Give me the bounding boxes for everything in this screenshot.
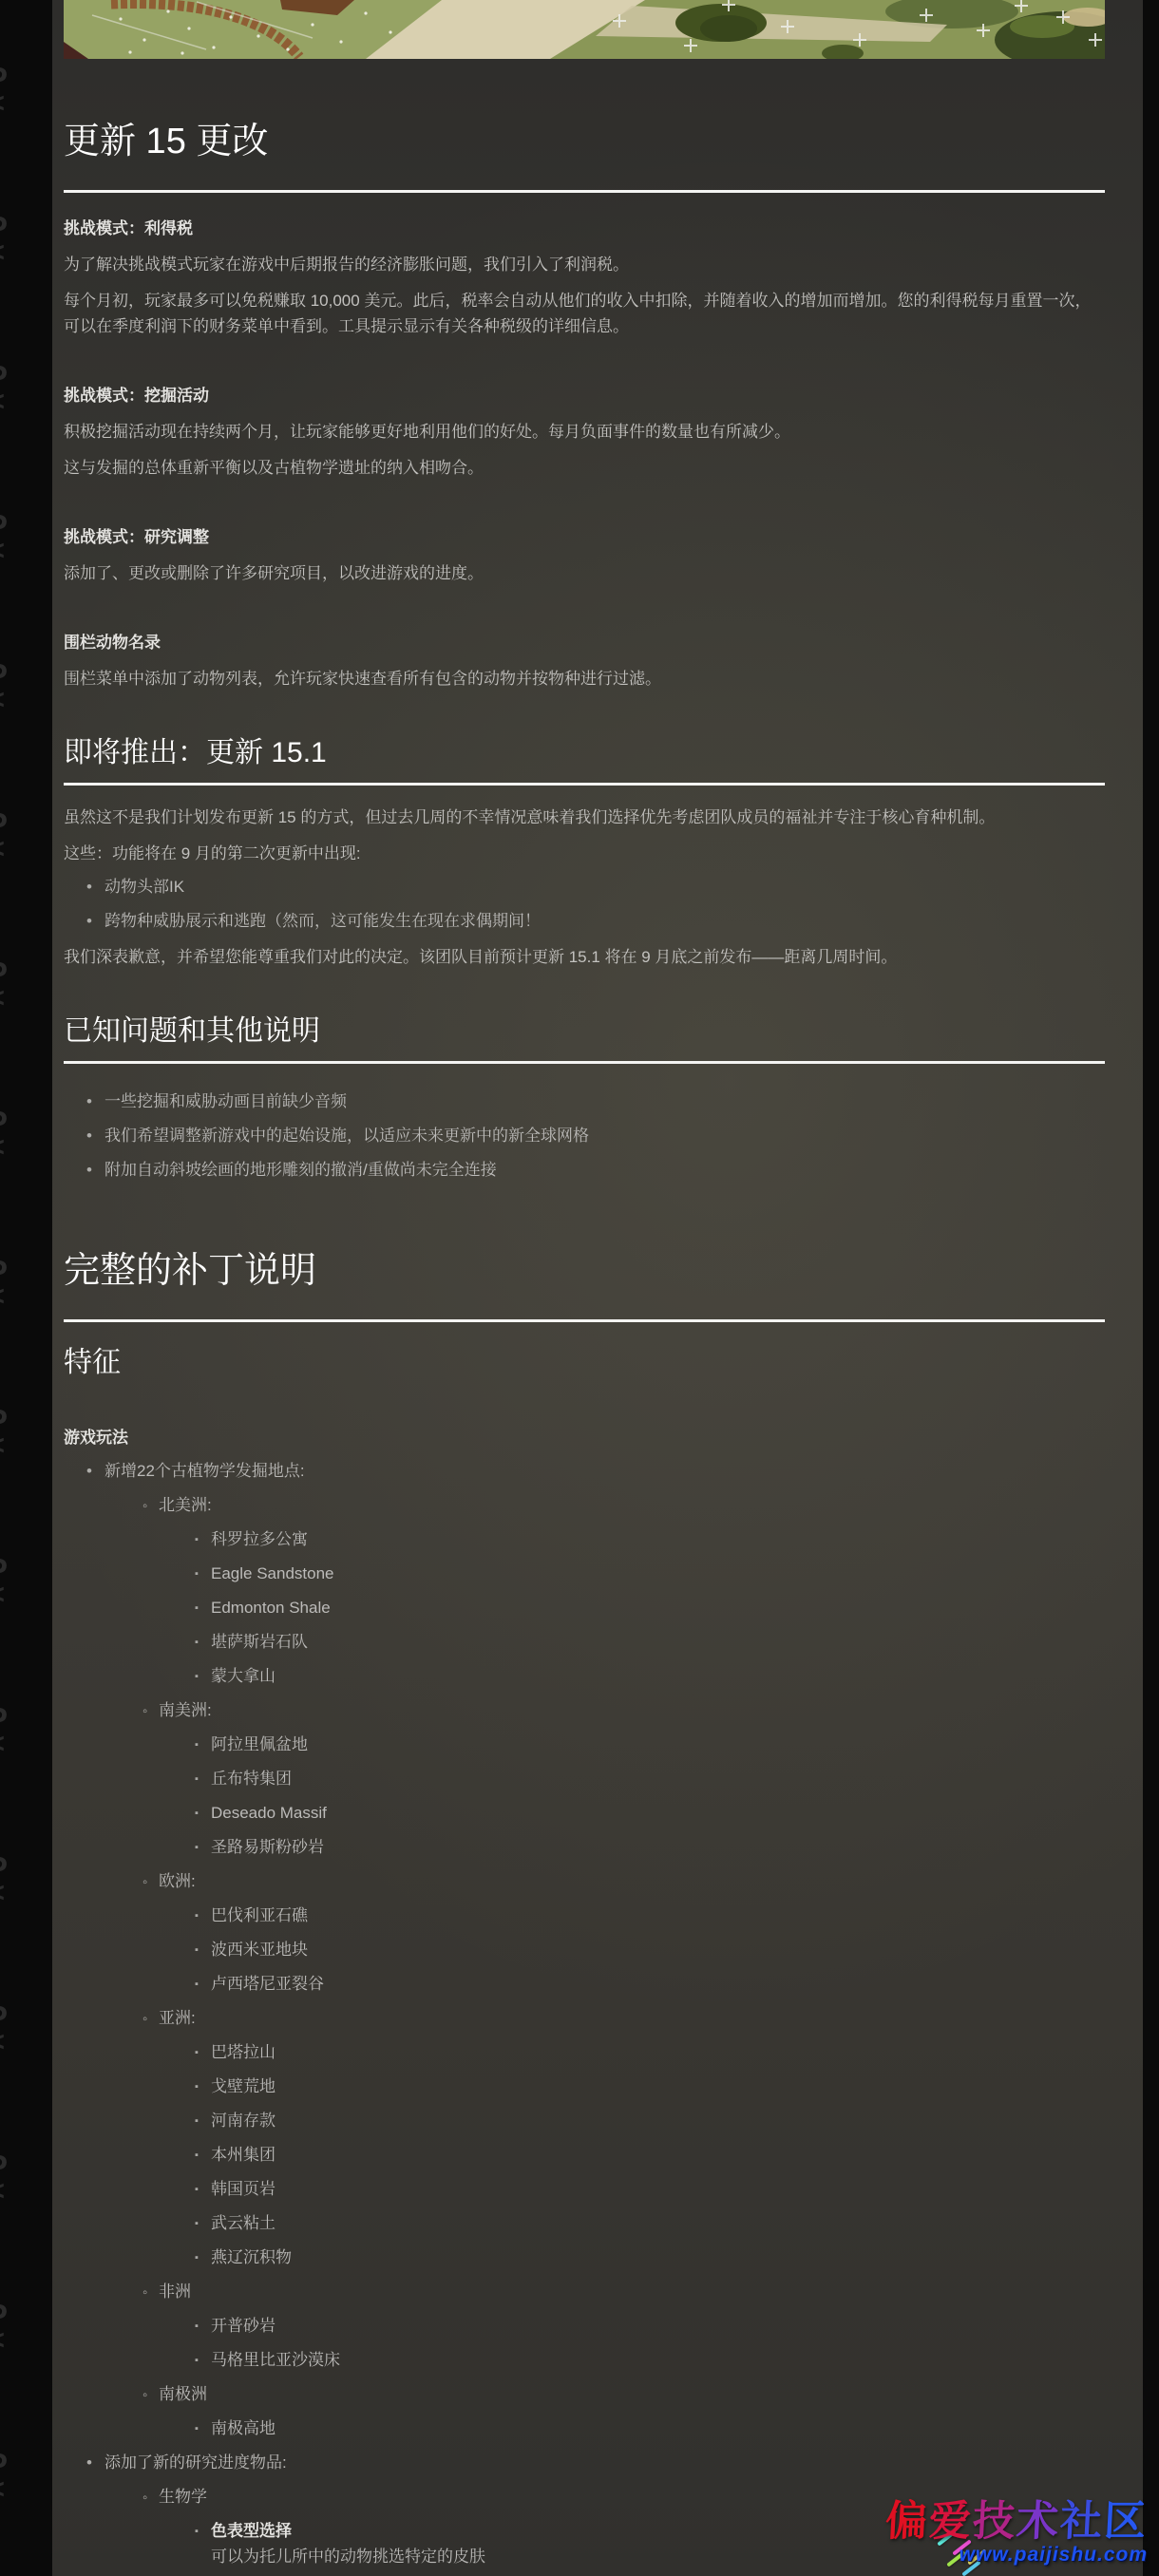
bullet-list: 巴塔拉山戈壁荒地河南存款本州集团韩国页岩武云粘土燕辽沉积物 [159,2039,1105,2270]
pk-logo-bottom-glyph: < [0,985,28,1013]
list-item-label: 新增22个古植物学发掘地点: [104,1462,305,1480]
list-item: 波西米亚地块 [211,1937,1105,1962]
list-item: 南极高地 [211,2415,1105,2441]
pk-logo-bottom-glyph: < [0,538,28,565]
list-item: 卢西塔尼亚裂谷 [211,1971,1105,1997]
divider [64,1319,1105,1322]
banner-image [64,0,1105,59]
list-item: 武云粘土 [211,2210,1105,2236]
paragraph: 虽然这不是我们计划发布更新 15 的方式，但过去几周的不幸情况意味着我们选择优先… [64,805,1105,830]
bullet-list: 一些挖掘和威胁动画目前缺少音频我们希望调整新游戏中的起始设施，以适应未来更新中的… [64,1089,1105,1183]
pk-logo-bottom-glyph: < [0,2476,28,2504]
pk-logo-bottom-glyph: < [0,836,28,863]
list-item: 巴塔拉山 [211,2039,1105,2065]
pk-logo-icon: P< [0,361,28,416]
list-item-bold-title: 色表型选择 [211,2522,292,2540]
list-item-note: 可以为托儿所中的动物挑选特定的皮肤 [211,2548,485,2566]
paragraph: 为了解决挑战模式玩家在游戏中后期报告的经济膨胀问题，我们引入了利润税。 [64,252,1105,277]
divider [64,190,1105,193]
list-item-label: 科罗拉多公寓 [211,1530,308,1548]
background-logo-strip: P<P<P<P<P<P<P<P<P<P<P<P<P<P<P<P<P< [0,0,52,2576]
list-item: 动物头部IK [104,874,1105,900]
pk-logo-icon: P< [0,2449,28,2504]
list-item-label: 开普砂岩 [211,2317,275,2335]
list-item-label: 添加了新的研究进度物品: [104,2453,287,2472]
list-item: 丘布特集团 [211,1766,1105,1791]
list-item: 亚洲:巴塔拉山戈壁荒地河南存款本州集团韩国页岩武云粘土燕辽沉积物 [159,2005,1105,2270]
list-item: 跨物种威胁展示和逃跑（然而，这可能发生在现在求偶期间！ [104,908,1105,934]
list-item-label: 非洲 [159,2282,191,2301]
list-item-label: 马格里比亚沙漠床 [211,2351,340,2369]
list-item: Deseado Massif [211,1800,1105,1826]
sub-section-title: 已知问题和其他说明 [64,1013,1105,1050]
pk-logo-icon: P< [0,63,28,118]
pk-logo-icon: P< [0,1703,28,1758]
list-item: 附加自动斜坡绘画的地形雕刻的撤消/重做尚未完全连接 [104,1157,1105,1183]
pk-logo-bottom-glyph: < [0,1731,28,1758]
list-item: 一些挖掘和威胁动画目前缺少音频 [104,1089,1105,1114]
pk-logo-bottom-glyph: < [0,1432,28,1460]
bullet-list: 阿拉里佩盆地丘布特集团Deseado Massif圣路易斯粉砂岩 [159,1732,1105,1860]
bullet-list: 开普砂岩马格里比亚沙漠床 [159,2313,1105,2373]
paragraph: 积极挖掘活动现在持续两个月，让玩家能够更好地利用他们的好处。每月负面事件的数量也… [64,419,1105,445]
sub-section-title: 特征 [64,1345,1105,1381]
watermark-site-url: www.paijishu.com [885,2544,1148,2567]
list-item: 堪萨斯岩石队 [211,1629,1105,1655]
bullet-list: 北美洲:科罗拉多公寓Eagle SandstoneEdmonton Shale堪… [104,1492,1105,2441]
list-item-label: 蒙大拿山 [211,1667,275,1685]
bold-subheading: 挑战模式：研究调整 [64,524,1105,550]
pk-logo-icon: P< [0,2001,28,2056]
list-item: 南美洲:阿拉里佩盆地丘布特集团Deseado Massif圣路易斯粉砂岩 [159,1697,1105,1860]
bullet-list: 新增22个古植物学发掘地点:北美洲:科罗拉多公寓Eagle SandstoneE… [64,1458,1105,2569]
list-item-label: Deseado Massif [211,1804,327,1822]
list-item: 北美洲:科罗拉多公寓Eagle SandstoneEdmonton Shale堪… [159,1492,1105,1689]
list-item: 河南存款 [211,2108,1105,2133]
pk-logo-icon: P< [0,2300,28,2355]
list-item-label: 巴伐利亚石礁 [211,1906,308,1924]
list-item: 蒙大拿山 [211,1663,1105,1689]
watermark-char: 社 [1059,2498,1106,2545]
paragraph: 围栏菜单中添加了动物列表，允许玩家快速查看所有包含的动物并按物种进行过滤。 [64,666,1105,691]
watermark-char: 术 [1016,2498,1062,2545]
pk-logo-bottom-glyph: < [0,90,28,118]
list-item-label: 圣路易斯粉砂岩 [211,1838,324,1856]
watermark-char: 区 [1103,2498,1149,2545]
list-item-label: 亚洲: [159,2009,196,2027]
patch-notes-page: { "background": { "logo_top_glyph": "P",… [0,0,1159,2576]
pk-logo-icon: P< [0,1852,28,1907]
list-item: 圣路易斯粉砂岩 [211,1834,1105,1860]
pk-logo-icon: P< [0,1554,28,1609]
list-item-label: 一些挖掘和威胁动画目前缺少音频 [104,1092,347,1110]
divider [64,1061,1105,1064]
paragraph: 这些：功能将在 9 月的第二次更新中出现: [64,841,1105,866]
list-item: 开普砂岩 [211,2313,1105,2339]
pk-logo-icon: P< [0,1107,28,1162]
paragraph: 每个月初，玩家最多可以免税赚取 10,000 美元。此后，税率会自动从他们的收入… [64,288,1105,339]
watermark: 偏爱技术社区 www.paijishu.com [885,2501,1148,2567]
list-item-label: 武云粘土 [211,2214,275,2232]
bullet-list: 动物头部IK跨物种威胁展示和逃跑（然而，这可能发生在现在求偶期间！ [64,874,1105,934]
list-item-label: 卢西塔尼亚裂谷 [211,1975,324,1993]
bold-subheading: 围栏动物名录 [64,630,1105,655]
pk-logo-icon: P< [0,510,28,565]
list-item: 韩国页岩 [211,2176,1105,2202]
watermark-char: 技 [972,2498,1018,2545]
pk-logo-icon: P< [0,659,28,714]
paragraph: 添加了、更改或删除了许多研究项目，以改进游戏的进度。 [64,560,1105,586]
bold-subheading: 挑战模式：挖掘活动 [64,383,1105,408]
bullet-list: 科罗拉多公寓Eagle SandstoneEdmonton Shale堪萨斯岩石… [159,1526,1105,1689]
list-item: 本州集团 [211,2142,1105,2168]
list-item: Edmonton Shale [211,1595,1105,1620]
pk-logo-icon: P< [0,1405,28,1460]
pk-logo-bottom-glyph: < [0,2327,28,2355]
list-item-label: 本州集团 [211,2146,275,2164]
pk-logo-icon: P< [0,2150,28,2206]
list-item-label: 北美洲: [159,1496,212,1514]
pk-logo-bottom-glyph: < [0,2178,28,2206]
list-item-label: 韩国页岩 [211,2180,275,2198]
pk-logo-bottom-glyph: < [0,1880,28,1907]
pk-logo-bottom-glyph: < [0,388,28,416]
list-item: 巴伐利亚石礁 [211,1903,1105,1928]
pk-logo-icon: P< [0,1256,28,1311]
list-item-label: 跨物种威胁展示和逃跑（然而，这可能发生在现在求偶期间！ [104,912,541,930]
pk-logo-bottom-glyph: < [0,1582,28,1609]
watermark-char: 爱 [928,2498,975,2545]
list-item-label: 南极洲 [159,2385,207,2403]
list-item: 马格里比亚沙漠床 [211,2347,1105,2373]
bullet-list: 南极高地 [159,2415,1105,2441]
list-item-label: 堪萨斯岩石队 [211,1633,308,1651]
list-item-label: 燕辽沉积物 [211,2248,292,2266]
list-item-label: 我们希望调整新游戏中的起始设施，以适应未来更新中的新全球网格 [104,1127,589,1145]
article: 更新 15 更改挑战模式：利得税为了解决挑战模式玩家在游戏中后期报告的经济膨胀问… [52,0,1143,2569]
list-item-label: 波西米亚地块 [211,1941,308,1959]
list-item: 我们希望调整新游戏中的起始设施，以适应未来更新中的新全球网格 [104,1123,1105,1148]
section-title: 完整的补丁说明 [64,1249,1105,1293]
list-item: 南极洲南极高地 [159,2381,1105,2441]
pk-logo-bottom-glyph: < [0,1283,28,1311]
list-item: Eagle Sandstone [211,1561,1105,1586]
list-item-label: 附加自动斜坡绘画的地形雕刻的撤消/重做尚未完全连接 [104,1161,497,1179]
pk-logo-icon: P< [0,212,28,267]
section-title: 更新 15 更改 [64,120,1105,163]
list-item-label: Edmonton Shale [211,1599,331,1617]
list-item-label: 动物头部IK [104,878,184,896]
watermark-char: 偏 [884,2498,931,2545]
pk-logo-icon: P< [0,808,28,863]
list-item: 阿拉里佩盆地 [211,1732,1105,1757]
list-item: 欧洲:巴伐利亚石礁波西米亚地块卢西塔尼亚裂谷 [159,1868,1105,1997]
list-item-label: 生物学 [159,2488,207,2506]
list-item-label: 南美洲: [159,1701,212,1719]
content-panel: 更新 15 更改挑战模式：利得税为了解决挑战模式玩家在游戏中后期报告的经济膨胀问… [52,0,1143,2576]
bold-subheading: 挑战模式：利得税 [64,216,1105,241]
pk-logo-bottom-glyph: < [0,1134,28,1162]
sub-section-title: 即将推出：更新 15.1 [64,735,1105,771]
pk-logo-icon: P< [0,957,28,1013]
list-item-label: 河南存款 [211,2112,275,2130]
list-item-label: 戈壁荒地 [211,2077,275,2095]
divider [64,783,1105,786]
list-item: 非洲开普砂岩马格里比亚沙漠床 [159,2279,1105,2373]
pk-logo-bottom-glyph: < [0,687,28,714]
paragraph: 这与发掘的总体重新平衡以及古植物学遗址的纳入相吻合。 [64,455,1105,481]
list-item-label: 欧洲: [159,1872,196,1890]
bold-subheading: 游戏玩法 [64,1425,1105,1450]
list-item-label: Eagle Sandstone [211,1564,334,1582]
list-item-label: 南极高地 [211,2419,275,2437]
list-item: 科罗拉多公寓 [211,1526,1105,1552]
pk-logo-bottom-glyph: < [0,239,28,267]
pk-logo-bottom-glyph: < [0,2029,28,2056]
list-item: 燕辽沉积物 [211,2245,1105,2270]
bullet-list: 巴伐利亚石礁波西米亚地块卢西塔尼亚裂谷 [159,1903,1105,1997]
paragraph: 我们深表歉意，并希望您能尊重我们对此的决定。该团队目前预计更新 15.1 将在 … [64,944,1105,970]
watermark-site-name: 偏爱技术社区 [884,2501,1149,2543]
list-item-label: 巴塔拉山 [211,2043,275,2061]
list-item: 戈壁荒地 [211,2074,1105,2099]
list-item-label: 丘布特集团 [211,1770,292,1788]
list-item: 新增22个古植物学发掘地点:北美洲:科罗拉多公寓Eagle SandstoneE… [104,1458,1105,2441]
list-item-label: 阿拉里佩盆地 [211,1735,308,1753]
